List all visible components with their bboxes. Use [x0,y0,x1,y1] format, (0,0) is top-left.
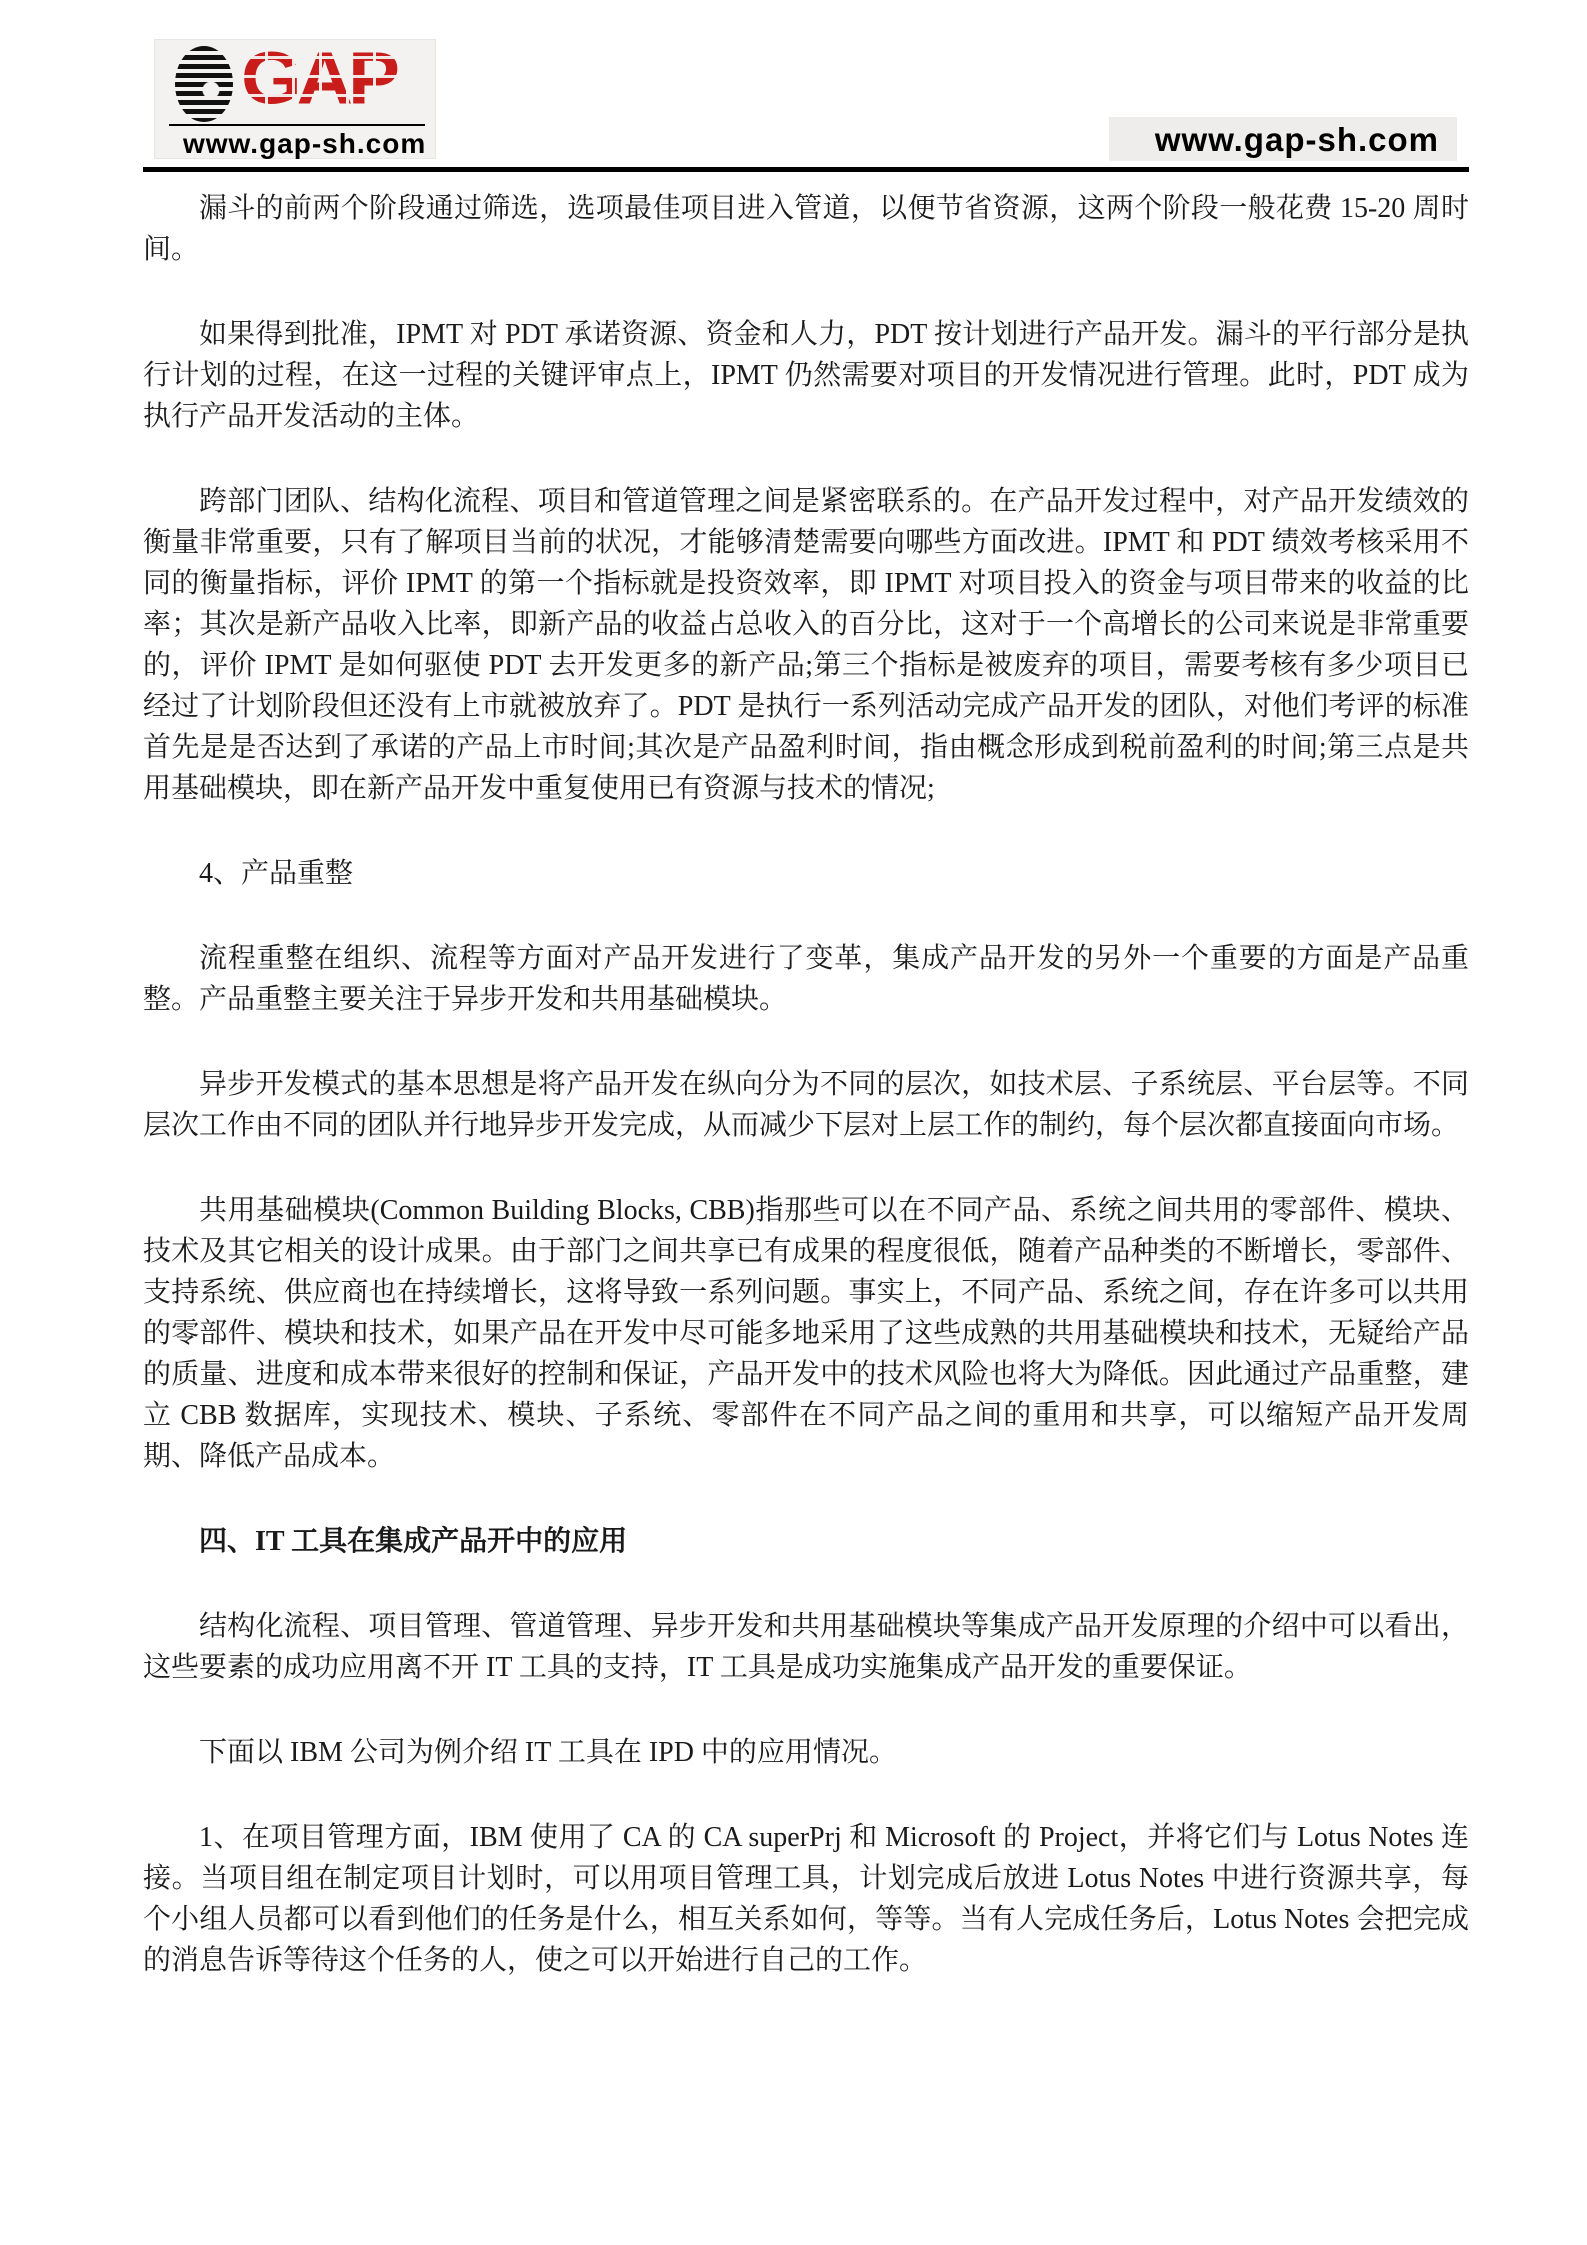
paragraph-cbb: 共用基础模块(Common Building Blocks, CBB)指那些可以… [143,1190,1469,1477]
heading-it-tools: 四、IT 工具在集成产品开中的应用 [143,1521,1469,1562]
paragraph-project-management: 1、在项目管理方面，IBM 使用了 CA 的 CA superPrj 和 Mic… [143,1817,1469,1981]
document-body: 漏斗的前两个阶段通过筛选，选项最佳项目进入管道，以便节省资源，这两个阶段一般花费… [143,172,1469,1981]
paragraph-ipmt-approval: 如果得到批准，IPMT 对 PDT 承诺资源、资金和人力，PDT 按计划进行产品… [143,314,1469,437]
logo-site-url: www.gap-sh.com [183,128,426,160]
logo-divider [169,124,425,126]
header-site-url: www.gap-sh.com [1109,117,1457,161]
globe-icon [175,46,233,122]
paragraph-performance-metrics: 跨部门团队、结构化流程、项目和管道管理之间是紧密联系的。在产品开发过程中，对产品… [143,481,1469,809]
page-header: GAP www.gap-sh.com www.gap-sh.com [143,0,1469,172]
paragraph-it-tools-intro: 结构化流程、项目管理、管道管理、异步开发和共用基础模块等集成产品开发原理的介绍中… [143,1606,1469,1688]
paragraph-async-development: 异步开发模式的基本思想是将产品开发在纵向分为不同的层次，如技术层、子系统层、平台… [143,1064,1469,1146]
paragraph-funnel-stages: 漏斗的前两个阶段通过筛选，选项最佳项目进入管道，以便节省资源，这两个阶段一般花费… [143,188,1469,270]
document-page: GAP www.gap-sh.com www.gap-sh.com 漏斗的前两个… [0,0,1587,2245]
paragraph-process-reengineering: 流程重整在组织、流程等方面对产品开发进行了变革，集成产品开发的另外一个重要的方面… [143,938,1469,1020]
subheading-product-restructuring: 4、产品重整 [143,853,1469,894]
gap-wordmark: GAP [241,34,431,121]
gap-logo: GAP www.gap-sh.com [155,40,435,158]
paragraph-ibm-example: 下面以 IBM 公司为例介绍 IT 工具在 IPD 中的应用情况。 [143,1732,1469,1773]
